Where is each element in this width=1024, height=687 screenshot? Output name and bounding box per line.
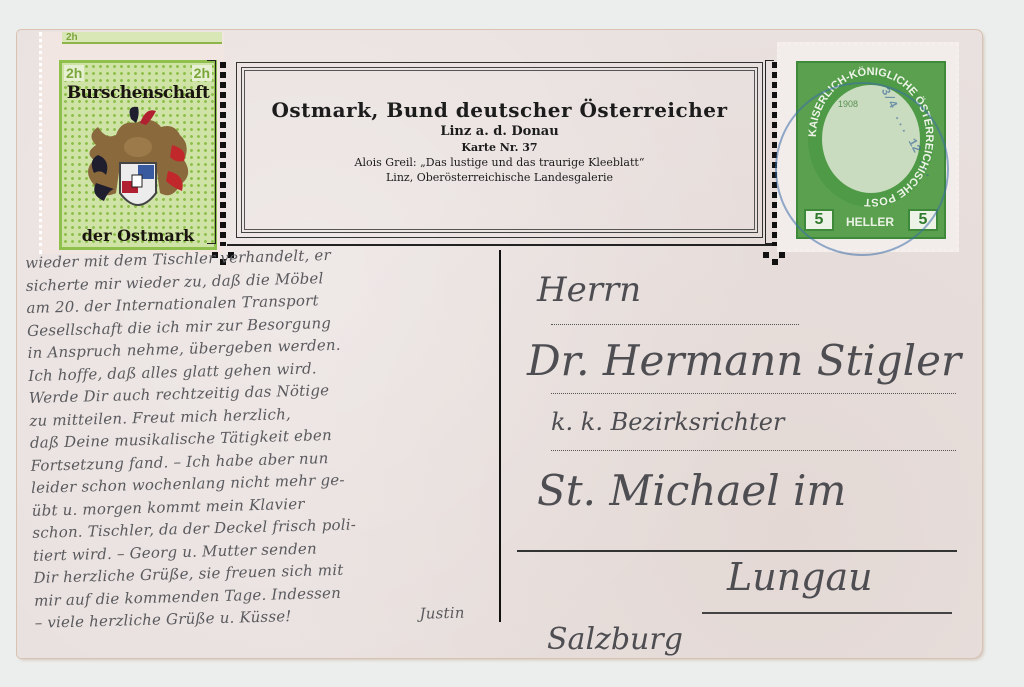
stamp-unit: HELLER [844,215,896,229]
divider-dot [772,259,778,265]
stamp-legend: KAISERLICH-KÖNIGLICHE ÖSTERREICHISCHE PO… [798,63,944,211]
postcard: 2h 2h 2h Burschenschaft der Ostmark [17,30,982,658]
address-rule [551,450,956,451]
caption-artwork: Alois Greil: „Das lustige und das trauri… [242,156,757,169]
address-town: St. Michael im [537,466,846,515]
stamp-value-right: 5 [908,209,938,231]
vignette-top-strip: 2h [62,32,222,44]
address-rule [551,393,956,394]
caption-card-number: Karte Nr. 37 [242,141,757,154]
address-underline [702,612,952,614]
perforation-divider-left [220,62,226,246]
caption-location: Linz, Oberösterreichische Landesgalerie [242,171,757,184]
vignette-stamp-sheet: 2h 2h 2h Burschenschaft der Ostmark [39,32,224,254]
handwritten-message: wieder mit dem Tischler verhandelt, er s… [25,240,505,635]
address-name: Dr. Hermann Stigler [527,336,961,385]
coat-of-arms-icon [76,105,200,225]
divider-bracket [207,60,216,244]
address-district: Lungau [727,555,873,599]
stamp-year: 1908 [838,99,858,109]
vignette-denomination-left: 2h [64,65,84,81]
address-underline [517,550,957,552]
address-salutation: Herrn [537,270,641,310]
divider-dot [779,252,785,258]
address-region: Salzburg [547,622,683,657]
divider-dot [763,252,769,258]
vignette-title: Burschenschaft [62,83,214,103]
caption-place: Linz a. d. Donau [242,124,757,139]
vignette-stamp: 2h 2h Burschenschaft der Ostmark [59,60,217,250]
stamp-value-left: 5 [804,209,834,231]
postage-stamp: KAISERLICH-KÖNIGLICHE ÖSTERREICHISCHE PO… [777,42,959,252]
caption-title: Ostmark, Bund deutscher Österreicher [242,98,757,122]
address-rule [551,324,799,325]
vignette-subtitle: der Ostmark [62,226,214,245]
address-title: k. k. Bezirksrichter [551,408,784,436]
caption-box: Ostmark, Bund deutscher Österreicher Lin… [236,62,763,238]
